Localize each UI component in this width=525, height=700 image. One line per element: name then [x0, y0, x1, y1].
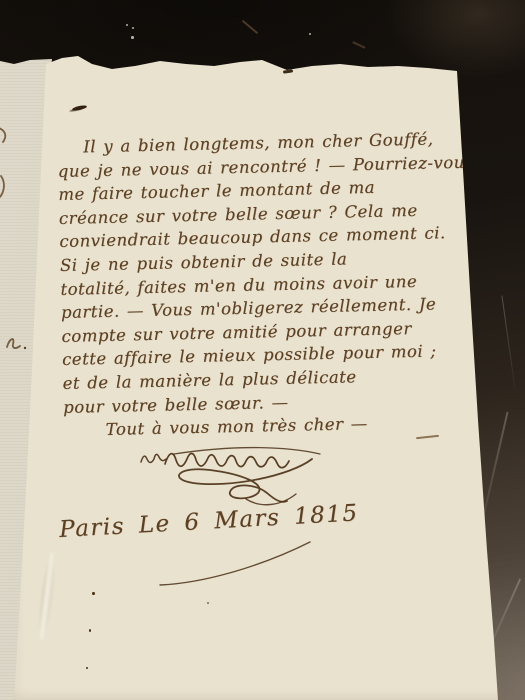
- flourish-stroke: [160, 542, 310, 585]
- ink-dash: [416, 435, 439, 439]
- ink-mark: [0, 176, 4, 197]
- dust-speck: [132, 27, 134, 29]
- ink-mark: [7, 339, 20, 348]
- ink-mark: [0, 128, 5, 142]
- paper-crease: [37, 552, 58, 641]
- signature-stroke: [165, 453, 289, 467]
- ink-fleck: [86, 667, 88, 669]
- ink-dot: [24, 347, 26, 349]
- ink-blot: [72, 104, 88, 111]
- date-line: Paris Le 6 Mars 1815: [59, 500, 360, 543]
- signature-paraph: [246, 494, 296, 505]
- scuff-mark: [242, 20, 259, 34]
- signature-stroke: [141, 454, 166, 462]
- signature-stroke: [174, 448, 320, 454]
- ink-tick: [283, 69, 293, 73]
- dust-speck: [131, 36, 134, 39]
- ink-fleck: [92, 592, 95, 595]
- dust-speck: [126, 24, 128, 26]
- letter-sheet: Il y a bien longtems, mon cher Gouffé, q…: [0, 0, 525, 700]
- ink-fleck: [89, 629, 91, 632]
- dust-speck: [309, 33, 311, 35]
- table-scratch: [501, 295, 515, 389]
- scuff-mark: [352, 41, 365, 48]
- signature-paraph: [179, 459, 312, 502]
- letter-body: Il y a bien longtems, mon cher Gouffé, q…: [57, 126, 484, 442]
- ink-fleck: [207, 602, 209, 604]
